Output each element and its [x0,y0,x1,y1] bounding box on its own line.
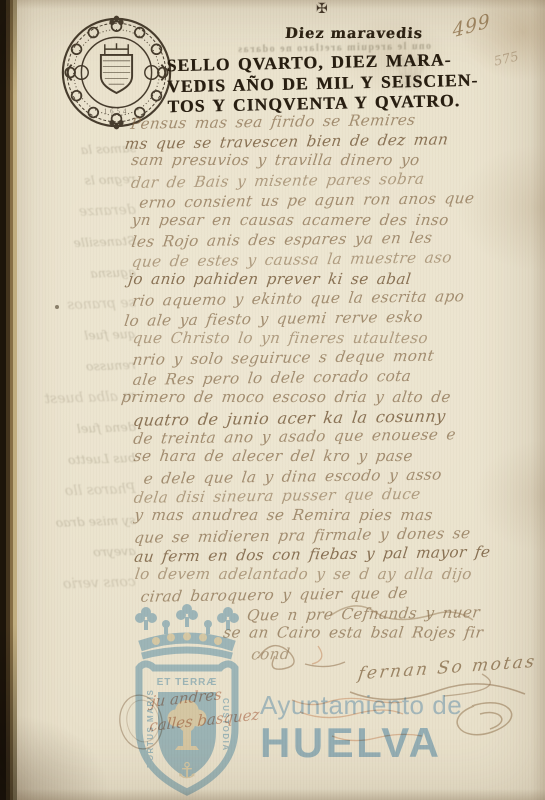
margin-ghost-line: sy mise drao [29,512,136,547]
margin-bleedthrough-block: samos laregno lsderanzeStanesilleagusnas… [16,142,136,607]
seal-year: 1654 [104,108,129,115]
margin-ghost-line: dena fuel [15,419,136,454]
folio-number-ink: 499 [452,10,491,43]
handwriting-line: se an Cairo esta bsal Rojes fir [222,624,540,644]
handwriting-line: de treinta ano y asado que enouese e [132,424,539,449]
margin-ghost-line: bus Luetto [15,450,136,485]
margin-ghost-line: renusso [15,357,136,392]
binding-edge [0,0,17,800]
margin-ghost-line: que fuel [15,326,136,361]
header-cross-icon: ✠ [316,1,328,17]
watermark-org-name: HUELVA [260,719,462,767]
margin-ghost-line: regno ls [15,171,136,206]
tax-type-label: Diez maravedis [284,25,423,42]
anchor-icon: ⚓ [177,759,197,784]
margin-ghost-line: samos la [29,140,136,175]
watermark-org-prefix: Ayuntamiento de [260,690,462,721]
watermark-org-block: Ayuntamiento de HUELVA [260,690,462,767]
handwriting-line: lo devem adelantado y se d ay alla dijo [134,565,540,585]
handwriting-line: se hara de alecer del kro y pase [133,447,539,467]
seal-shield [101,43,132,93]
handwriting-line: Que n pre Cefnands y nuer [246,602,541,626]
signature-left: ju andres calles basquez [149,678,262,738]
oval-rubric [457,703,511,735]
handwriting-block: Pensus mas sea firido se Remiresms que s… [131,110,540,665]
margin-ghost-line: Pharos llo [15,481,136,516]
margin-ghost-line: se pranos [15,295,136,330]
margin-ghost-line: agusna [29,264,136,299]
handwriting-line: ale Res pero lo dele corado cota [132,365,539,390]
folio-number-pencil: 575 [493,49,521,69]
ink-speck [55,305,59,309]
handwriting-line: y mas anudrea se Remira pies mas [133,506,539,526]
signature-underline [350,684,525,700]
margin-ghost-line: cons verio [15,574,136,609]
margin-ghost-line: deranze [15,202,136,237]
margin-ghost-line: aveyro [15,543,136,578]
handwriting-line: primero de moco escoso dria y alto de [120,388,538,408]
document-page: samos laregno lsderanzeStanesilleagusnas… [0,0,545,800]
stamp-text-block: SELLO QVARTO, DIEZ MARA- VEDIS AÑO DE MI… [166,49,479,117]
margin-ghost-line: Stanesille [15,233,136,268]
